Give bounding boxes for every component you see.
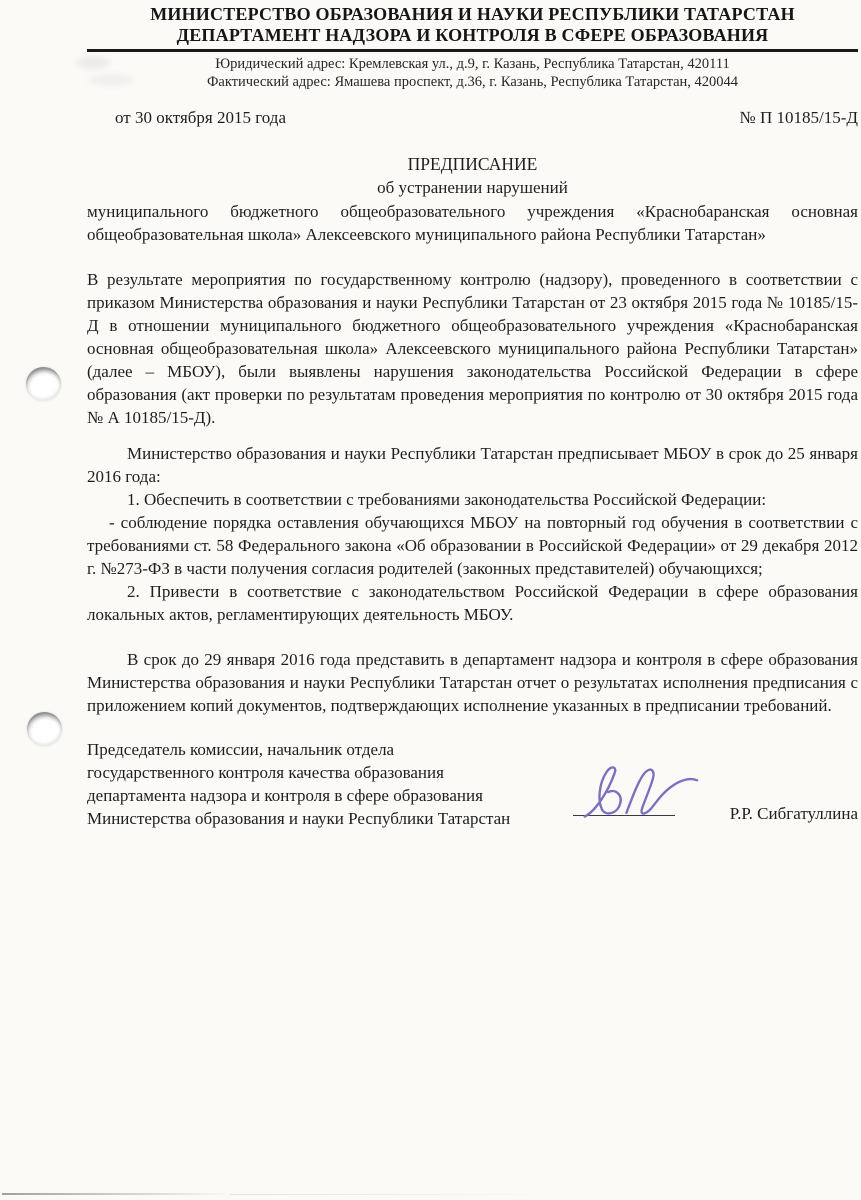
body-paragraph-4: - соблюдение порядка оставления обучающи… [87, 511, 858, 580]
signature-position-line-2: государственного контроля качества образ… [87, 761, 858, 784]
actual-address: Фактический адрес: Ямашева проспект, д.3… [87, 74, 858, 92]
document-subtitle: об устранении нарушений [87, 176, 858, 199]
punch-hole-top [26, 367, 61, 401]
org-name-line2: ДЕПАРТАМЕНТ НАДЗОРА И КОНТРОЛЯ В СФЕРЕ О… [87, 25, 858, 46]
punch-hole-bottom [27, 712, 62, 746]
addressee-paragraph: муниципального бюджетного общеобразовате… [87, 200, 858, 246]
scan-smudge-artifact [88, 74, 134, 86]
document-number: № П 10185/15-Д [740, 108, 858, 128]
document-content: МИНИСТЕРСТВО ОБРАЗОВАНИЯ И НАУКИ РЕСПУБЛ… [87, 4, 858, 834]
signature-block: Председатель комиссии, начальник отдела … [87, 738, 858, 834]
body-paragraph-1: В результате мероприятия по государствен… [87, 268, 858, 429]
legal-address: Юридический адрес: Кремлевская ул., д.9,… [87, 56, 858, 74]
scan-edge-artifact [2, 1193, 234, 1195]
signee-name: Р.Р. Сибгатуллина [730, 802, 858, 825]
body-paragraph-5: 2. Привести в соответствие с законодател… [87, 580, 858, 626]
document-date: от 30 октября 2015 года [87, 108, 286, 128]
body-paragraph-6: В срок до 29 января 2016 года представит… [87, 648, 858, 717]
signature-ink-icon [581, 764, 699, 822]
scanned-document-page: МИНИСТЕРСТВО ОБРАЗОВАНИЯ И НАУКИ РЕСПУБЛ… [0, 0, 861, 1200]
scan-smudge-artifact [76, 56, 110, 69]
meta-row: от 30 октября 2015 года № П 10185/15-Д [87, 108, 858, 128]
signature-stroke-group [585, 767, 697, 816]
header-divider [87, 49, 858, 52]
signature-position-line-1: Председатель комиссии, начальник отдела [87, 738, 858, 761]
body-paragraph-2: Министерство образования и науки Республ… [87, 442, 858, 488]
body-paragraph-3: 1. Обеспечить в соответствии с требовани… [87, 488, 858, 511]
document-title: ПРЕДПИСАНИЕ [87, 153, 858, 176]
scan-edge-artifact-faint [230, 1194, 560, 1196]
signature-area [573, 764, 685, 816]
org-name-line1: МИНИСТЕРСТВО ОБРАЗОВАНИЯ И НАУКИ РЕСПУБЛ… [87, 4, 858, 25]
